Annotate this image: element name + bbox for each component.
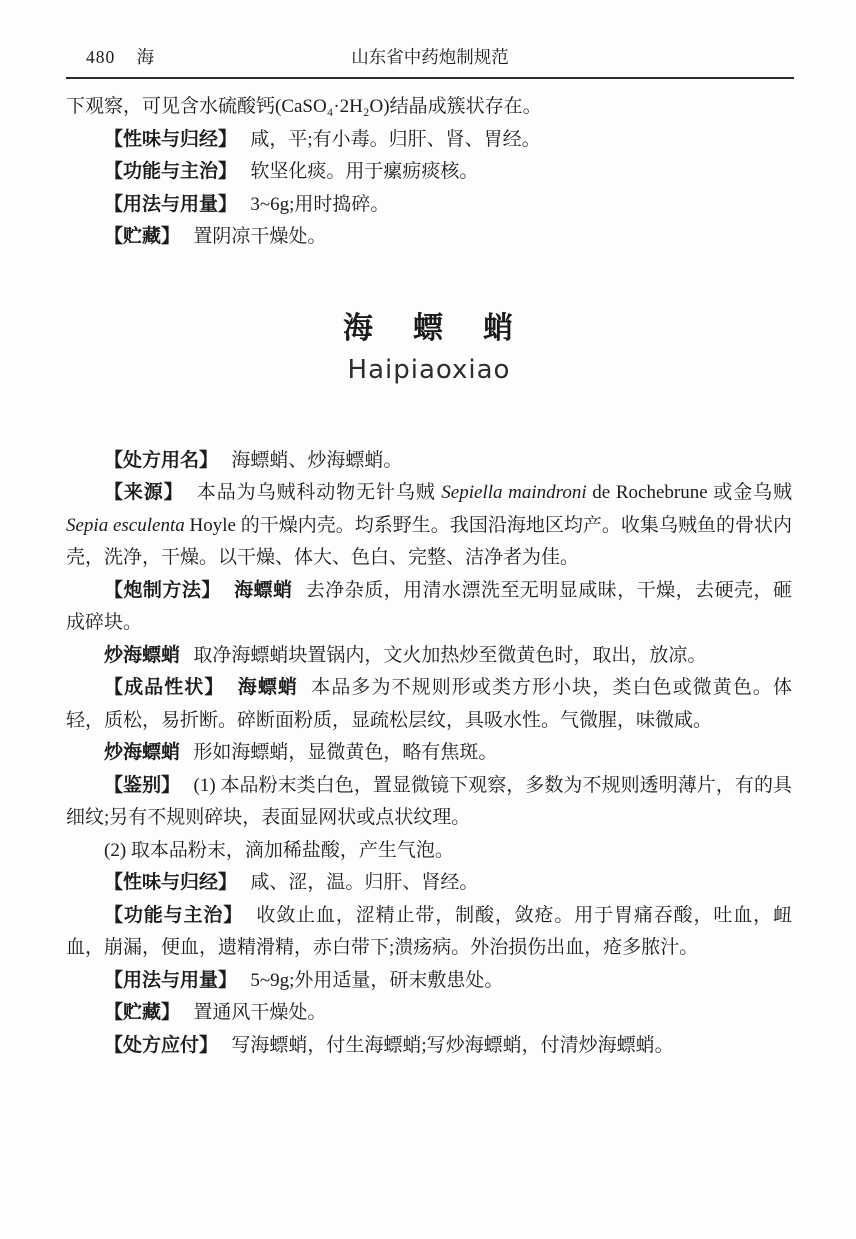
body-text: 5~9g;外用适量，研末敷患处。	[250, 970, 503, 991]
book-title: 山东省中药炮制规范	[66, 46, 794, 68]
paragraph: 【来源】本品为乌贼科动物无针乌贼 Sepiella maindroni de R…	[66, 477, 792, 575]
entry-pinyin: Haipiaoxiao	[66, 355, 792, 385]
section-label: 【性味与归经】	[104, 872, 237, 893]
paragraph: 【炮制方法】海螵蛸去净杂质，用清水漂洗至无明显咸昧，干燥，去硬壳，砸成碎块。	[66, 575, 792, 640]
paragraph: 【功能与主治】软坚化痰。用于瘰疬痰核。	[66, 156, 792, 189]
paragraph: (2) 取本品粉末，滴加稀盐酸，产生气泡。	[66, 835, 792, 868]
section-label: 【功能与主治】	[104, 161, 237, 182]
body-text: Sepia esculenta	[66, 515, 185, 536]
section-label: 炒海螵蛸	[104, 645, 180, 666]
entry-title: 海 螵 蛸	[66, 312, 792, 346]
entry-title-block: 海 螵 蛸 Haipiaoxiao	[66, 312, 792, 385]
body-text: 置阴凉干燥处。	[193, 226, 326, 247]
book-page: 480 海 山东省中药炮制规范 下观察，可见含水硫酸钙(CaSO₄·2H₂O)结…	[0, 0, 856, 1239]
section-label: 【功能与主治】	[104, 905, 243, 926]
paragraph: 炒海螵蛸形如海螵蛸，显微黄色，略有焦斑。	[66, 737, 792, 770]
page-header: 480 海 山东省中药炮制规范	[66, 0, 794, 79]
section-label: 【性味与归经】	[104, 129, 237, 150]
paragraph: 【用法与用量】3~6g;用时捣碎。	[66, 189, 792, 222]
body-text: 置通风干燥处。	[193, 1002, 326, 1023]
body-text: de Rochebrune 或金乌贼	[587, 482, 792, 503]
body-text: 本品为乌贼科动物无针乌贼	[197, 482, 441, 503]
section-label: 海螵蛸	[234, 580, 292, 601]
section-label: 【贮藏】	[104, 226, 180, 247]
body-text: 取净海螵蛸块置锅内，文火加热炒至微黄色时，取出，放凉。	[193, 645, 706, 666]
section-label: 【处方用名】	[104, 450, 218, 471]
paragraph: 炒海螵蛸取净海螵蛸块置锅内，文火加热炒至微黄色时，取出，放凉。	[66, 640, 792, 673]
paragraph: 【成品性状】海螵蛸本品多为不规则形或类方形小块，类白色或微黄色。体轻，质松，易折…	[66, 672, 792, 737]
section-label: 【贮藏】	[104, 1002, 180, 1023]
entry-body: 【处方用名】海螵蛸、炒海螵蛸。【来源】本品为乌贼科动物无针乌贼 Sepiella…	[66, 445, 792, 1063]
section-label: 【处方应付】	[104, 1035, 218, 1056]
paragraph: 【贮藏】置阴凉干燥处。	[66, 221, 792, 254]
section-label: 炒海螵蛸	[104, 742, 180, 763]
paragraph: 【功能与主治】收敛止血，涩精止带，制酸，敛疮。用于胃痛吞酸，吐血，衄血，崩漏，便…	[66, 900, 792, 965]
body-text: 形如海螵蛸，显微黄色，略有焦斑。	[193, 742, 497, 763]
section-label: 【炮制方法】	[104, 580, 221, 601]
section-label: 【鉴别】	[104, 775, 180, 796]
section-label: 【成品性状】	[104, 677, 224, 698]
paragraph: 【贮藏】置通风干燥处。	[66, 997, 792, 1030]
body-text: 3~6g;用时捣碎。	[250, 194, 389, 215]
section-label: 【来源】	[104, 482, 184, 503]
body-text: 下观察，可见含水硫酸钙(CaSO₄·2H₂O)结晶成簇状存在。	[66, 96, 542, 117]
paragraph: 下观察，可见含水硫酸钙(CaSO₄·2H₂O)结晶成簇状存在。	[66, 91, 792, 124]
body-text: 咸，平;有小毒。归肝、肾、胃经。	[250, 129, 540, 150]
body-text: 软坚化痰。用于瘰疬痰核。	[250, 161, 478, 182]
previous-entry-tail: 下观察，可见含水硫酸钙(CaSO₄·2H₂O)结晶成簇状存在。【性味与归经】咸，…	[66, 91, 792, 254]
paragraph: 【处方应付】写海螵蛸，付生海螵蛸;写炒海螵蛸，付清炒海螵蛸。	[66, 1030, 792, 1063]
paragraph: 【鉴别】(1) 本品粉末类白色，置显微镜下观察，多数为不规则透明薄片，有的具细纹…	[66, 770, 792, 835]
paragraph: 【性味与归经】咸，平;有小毒。归肝、肾、胃经。	[66, 124, 792, 157]
section-label: 【用法与用量】	[104, 970, 237, 991]
section-label: 海螵蛸	[238, 677, 298, 698]
body-text: Sepiella maindroni	[441, 482, 586, 503]
section-label: 【用法与用量】	[104, 194, 237, 215]
body-text: 海螵蛸、炒海螵蛸。	[231, 450, 402, 471]
paragraph: 【性味与归经】咸、涩，温。归肝、肾经。	[66, 867, 792, 900]
paragraph: 【处方用名】海螵蛸、炒海螵蛸。	[66, 445, 792, 478]
body-text: (2) 取本品粉末，滴加稀盐酸，产生气泡。	[104, 840, 454, 861]
page-content: 下观察，可见含水硫酸钙(CaSO₄·2H₂O)结晶成簇状存在。【性味与归经】咸，…	[66, 91, 792, 1062]
body-text: 咸、涩，温。归肝、肾经。	[250, 872, 478, 893]
paragraph: 【用法与用量】5~9g;外用适量，研末敷患处。	[66, 965, 792, 998]
body-text: 写海螵蛸，付生海螵蛸;写炒海螵蛸，付清炒海螵蛸。	[231, 1035, 673, 1056]
